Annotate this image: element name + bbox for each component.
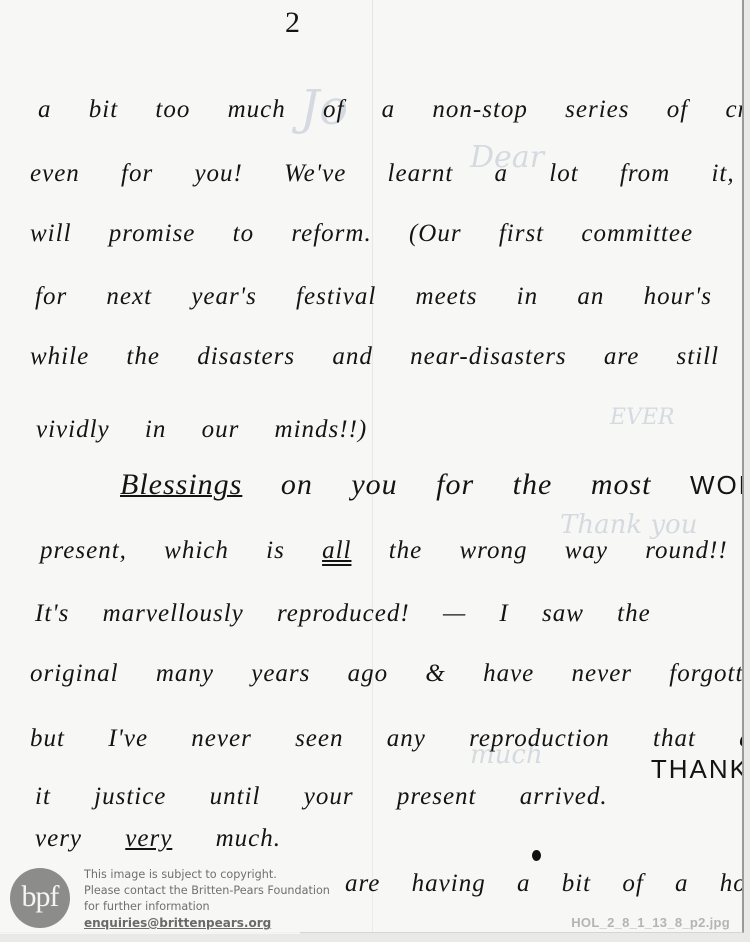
copyright-notice: This image is subject to copyright. Plea… [84,867,330,931]
handwritten-line: for next year's festival meets in an hou… [35,283,744,311]
notice-line: for further information [84,899,330,915]
image-filename: HOL_2_8_1_13_8_p2.jpg [571,915,730,930]
handwritten-line: present, which is all the wrong way roun… [40,537,728,565]
showthrough-text: EVER [610,405,675,430]
showthrough-text: Thank you [560,510,697,540]
bpf-logo: bpf [10,868,70,928]
handwritten-segment: it justice until your present arrived. [35,783,608,810]
handwritten-segment: much. [216,825,281,852]
notice-line: Please contact the Britten-Pears Foundat… [84,883,330,899]
handwritten-segment: on you for the most [281,468,690,501]
page-number: 2 [285,6,300,40]
underlined-word-very: very [125,825,172,852]
letter-page: Jo Dear EVER Thank you much 2 a bit too … [0,0,744,933]
handwritten-line: even for you! We've learnt a lot from it… [30,160,744,188]
handwritten-segment: very [35,825,125,852]
handwritten-line: Blessings on you for the most WONDERFUL [120,468,744,502]
underlined-word-blessings: Blessings [120,468,242,501]
handwritten-line: will promise to reform. (Our first commi… [30,220,693,248]
handwritten-line: are having a bit of a holiday [345,870,744,898]
handwritten-segment: the wrong way round!! [389,537,728,564]
handwritten-line: it justice until your present arrived. T… [35,780,744,811]
contact-email-link[interactable]: enquiries@brittenpears.org [84,915,330,931]
handwritten-line: but I've never seen any reproduction tha… [30,725,744,753]
ink-blot [532,850,541,861]
handwritten-line: very very much. [35,825,281,853]
capitalized-thank-you: THANK YOU [651,754,744,784]
handwritten-line: a bit too much of a non-stop series of c… [38,96,744,124]
handwritten-line: while the disasters and near-disasters a… [30,343,719,371]
handwritten-line: vividly in our minds!!) [36,416,367,444]
handwritten-line: original many years ago & have never for… [30,660,744,688]
handwritten-segment: present, which is [40,537,322,564]
double-underlined-word-all: all [322,537,351,564]
notice-line: This image is subject to copyright. [84,867,330,883]
handwritten-line: It's marvellously reproduced! — I saw th… [35,600,651,628]
capitalized-word-wonderful: WONDERFUL [690,470,744,500]
